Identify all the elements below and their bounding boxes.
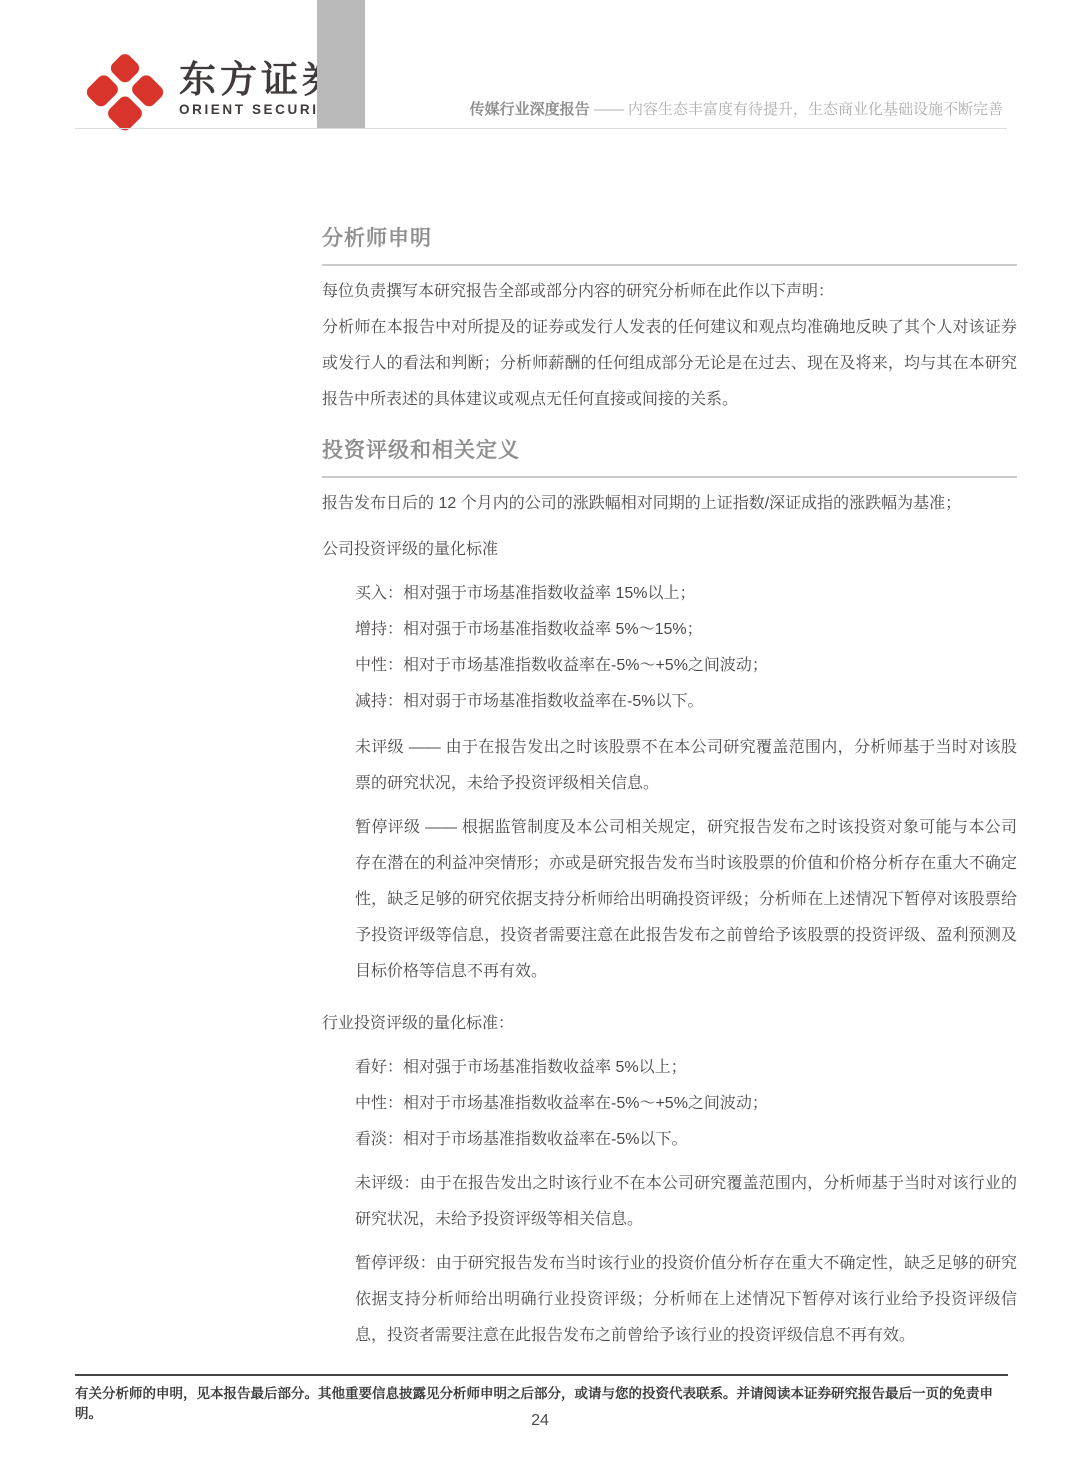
industry-rating-item-neutral: 中性：相对于市场基准指数收益率在-5%～+5%之间波动；: [355, 1086, 1017, 1122]
company-rating-heading: 公司投资评级的量化标准: [322, 532, 1017, 568]
company-rating-not-rated: 未评级 —— 由于在报告发出之时该股票不在本公司研究覆盖范围内，分析师基于当时对…: [355, 730, 1017, 802]
company-rating-item-buy: 买入：相对强于市场基准指数收益率 15%以上；: [355, 576, 1017, 612]
orient-diamond-icon: [85, 48, 165, 128]
header-dash: ——: [594, 101, 624, 118]
company-rating-item-underweight: 减持：相对弱于市场基准指数收益率在-5%以下。: [355, 684, 1017, 720]
analyst-statement-body: 分析师在本报告中对所提及的证券或发行人发表的任何建议和观点均准确地反映了其个人对…: [322, 310, 1017, 418]
analyst-statement-intro: 每位负责撰写本研究报告全部或部分内容的研究分析师在此作以下声明：: [322, 274, 1017, 310]
report-content: 分析师申明 每位负责撰写本研究报告全部或部分内容的研究分析师在此作以下声明： 分…: [322, 226, 1017, 1354]
industry-rating-suspended: 暂停评级：由于研究报告发布当时该行业的投资价值分析存在重大不确定性，缺乏足够的研…: [355, 1246, 1017, 1354]
industry-rating-item-negative: 看淡：相对于市场基准指数收益率在-5%以下。: [355, 1122, 1017, 1158]
industry-rating-not-rated: 未评级：由于在报告发出之时该行业不在本公司研究覆盖范围内，分析师基于当时对该行业…: [355, 1166, 1017, 1238]
page-number: 24: [0, 1412, 1080, 1430]
company-rating-item-neutral: 中性：相对于市场基准指数收益率在-5%～+5%之间波动；: [355, 648, 1017, 684]
footer-rule: [75, 1374, 1008, 1376]
company-rating-item-overweight: 增持：相对强于市场基准指数收益率 5%～15%；: [355, 612, 1017, 648]
header-rule: [75, 128, 1007, 129]
section-title-rating-definitions: 投资评级和相关定义: [322, 438, 1017, 478]
industry-rating-item-positive: 看好：相对强于市场基准指数收益率 5%以上；: [355, 1050, 1017, 1086]
report-header-title: 传媒行业深度报告 —— 内容生态丰富度有待提升，生态商业化基础设施不断完善: [470, 98, 1003, 119]
industry-rating-heading: 行业投资评级的量化标准：: [322, 1006, 1017, 1042]
report-type: 传媒行业深度报告: [470, 101, 590, 118]
header-gray-bar: [317, 0, 365, 128]
industry-rating-list: 看好：相对强于市场基准指数收益率 5%以上； 中性：相对于市场基准指数收益率在-…: [355, 1050, 1017, 1354]
company-rating-suspended: 暂停评级 —— 根据监管制度及本公司相关规定，研究报告发布之时该投资对象可能与本…: [355, 810, 1017, 990]
company-rating-list: 买入：相对强于市场基准指数收益率 15%以上； 增持：相对强于市场基准指数收益率…: [355, 576, 1017, 990]
report-page: 东方证券 ORIENT SECURITIES 传媒行业深度报告 —— 内容生态丰…: [0, 0, 1080, 1466]
section-title-analyst-statement: 分析师申明: [322, 226, 1017, 266]
report-subtitle: 内容生态丰富度有待提升，生态商业化基础设施不断完善: [628, 101, 1003, 118]
rating-benchmark: 报告发布日后的 12 个月内的公司的涨跌幅相对同期的上证指数/深证成指的涨跌幅为…: [322, 486, 1017, 522]
